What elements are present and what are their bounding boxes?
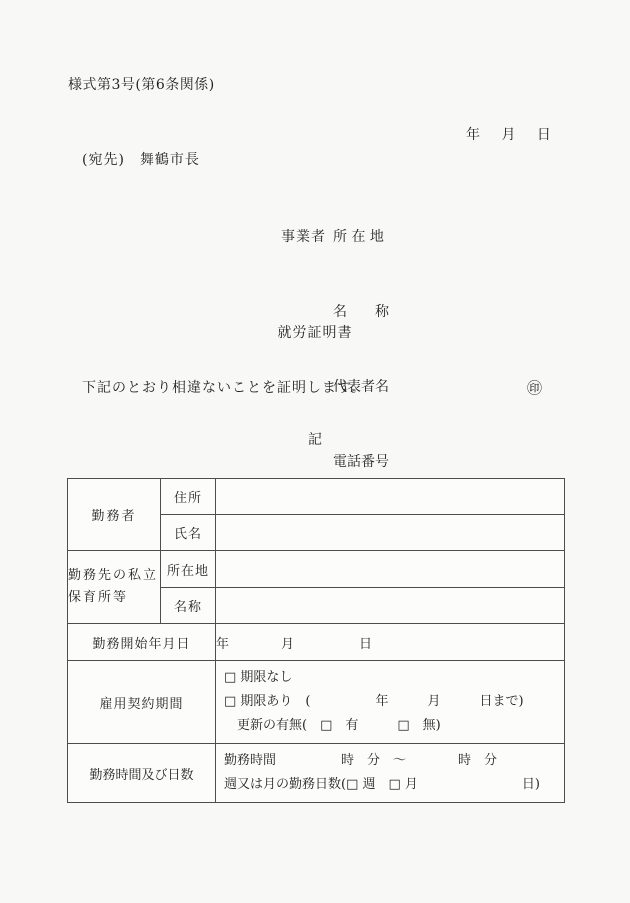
work-hours-label: 勤務時間及び日数 [68, 744, 216, 803]
workplace-address-value [216, 551, 565, 588]
date-line: 年 月 日 [466, 124, 552, 144]
form-number: 様式第3号(第6条関係) [68, 74, 215, 94]
worker-address-label: 住所 [161, 479, 216, 515]
contract-limited-option: □ 期限あり ( 年 月 日まで) [224, 690, 564, 714]
worker-name-value [216, 515, 565, 551]
table-row: 勤務者 住所 [68, 479, 565, 515]
workplace-name-label: 名称 [161, 588, 216, 624]
addressee: (宛先) 舞鶴市長 [82, 149, 200, 169]
table-row: 雇用契約期間 □ 期限なし □ 期限あり ( 年 月 日まで) 更新の有無( □… [68, 661, 565, 744]
start-date-label: 勤務開始年月日 [68, 624, 216, 661]
workplace-name-value [216, 588, 565, 624]
issuer-address-label: 所 在 地 [333, 229, 384, 245]
certification-statement: 下記のとおり相違ないことを証明します。 [82, 377, 366, 397]
contract-no-limit-option: □ 期限なし [224, 666, 564, 690]
issuer-label: 事業者 [281, 225, 333, 250]
table-row: 勤務時間及び日数 勤務時間 時 分 ～ 時 分 週又は月の勤務日数(□ 週 □ … [68, 744, 565, 803]
table-row: 勤務先の私立保育所等 所在地 [68, 551, 565, 588]
contract-period-label: 雇用契約期間 [68, 661, 216, 744]
record-marker: 記 [0, 429, 630, 449]
issuer-phone-row: 電話番号 [281, 450, 395, 475]
workplace-label-line2: 保育所等 [68, 590, 128, 605]
start-date-value: 年 月 日 [216, 624, 565, 661]
work-days-line: 週又は月の勤務日数(□ 週 □ 月 日) [224, 773, 564, 797]
document-title: 就労証明書 [0, 322, 630, 342]
issuer-phone-label: 電話番号 [333, 454, 389, 470]
work-hours-value: 勤務時間 時 分 ～ 時 分 週又は月の勤務日数(□ 週 □ 月 日) [216, 744, 565, 803]
workplace-label: 勤務先の私立保育所等 [68, 551, 161, 624]
workplace-label-line1: 勤務先の私立 [68, 568, 158, 583]
contract-period-value: □ 期限なし □ 期限あり ( 年 月 日まで) 更新の有無( □ 有 □ 無) [216, 661, 565, 744]
contract-renewal-option: 更新の有無( □ 有 □ 無) [224, 714, 564, 738]
seal-mark-icon: ㊞ [527, 376, 542, 401]
work-hours-time-line: 勤務時間 時 分 ～ 時 分 [224, 749, 564, 773]
employment-certificate-form: 様式第3号(第6条関係) 年 月 日 (宛先) 舞鶴市長 事業者所 在 地 名 … [0, 0, 630, 903]
issuer-address-row: 事業者所 在 地 [281, 225, 395, 250]
worker-label: 勤務者 [68, 479, 161, 551]
issuer-name-label: 名 称 [333, 304, 389, 320]
table-row: 勤務開始年月日 年 月 日 [68, 624, 565, 661]
worker-address-value [216, 479, 565, 515]
employment-details-table: 勤務者 住所 氏名 勤務先の私立保育所等 所在地 名称 勤務開始年月日 年 月 … [67, 478, 565, 803]
workplace-address-label: 所在地 [161, 551, 216, 588]
worker-name-label: 氏名 [161, 515, 216, 551]
